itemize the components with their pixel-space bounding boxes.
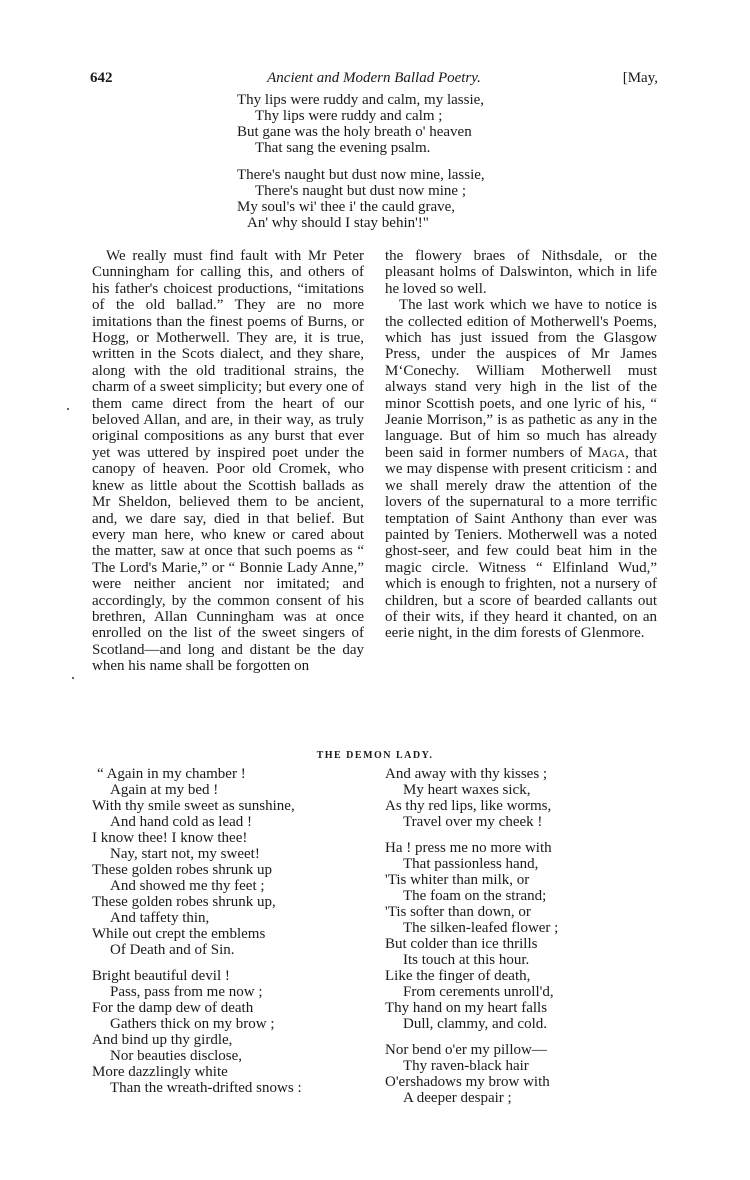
poem-stanza: Nor bend o'er my pillow— Thy raven-black…: [385, 1042, 558, 1106]
poem-line: And away with thy kisses ;: [385, 766, 558, 782]
poem-stanza: Bright beautiful devil ! Pass, pass from…: [92, 968, 302, 1096]
paragraph: The last work which we have to notice is…: [385, 297, 657, 642]
poem-line: There's naught but dust now mine, lassie…: [237, 167, 485, 183]
poem-line: But colder than ice thrills: [385, 936, 558, 952]
poem-line: Like the finger of death,: [385, 968, 558, 984]
poem-line: With thy smile sweet as sunshine,: [92, 798, 302, 814]
paragraph-text: that we may dispense with present critic…: [385, 445, 657, 641]
poem-line: 'Tis softer than down, or: [385, 904, 558, 920]
poem-line: As thy red lips, like worms,: [385, 798, 558, 814]
poem-stanza: Ha ! press me no more with That passionl…: [385, 840, 558, 1032]
poem-line: An' why should I stay behin'!": [237, 215, 485, 231]
poem-stanza: “ Again in my chamber ! Again at my bed …: [92, 766, 302, 958]
poem-line: Pass, pass from me now ;: [92, 984, 302, 1000]
poem-line: That sang the evening psalm.: [237, 140, 485, 156]
poem-line: And showed me thy feet ;: [92, 878, 302, 894]
poem-line: Bright beautiful devil !: [92, 968, 302, 984]
poem-line: Travel over my cheek !: [385, 814, 558, 830]
poem-line: That passionless hand,: [385, 856, 558, 872]
poem-line: For the damp dew of death: [92, 1000, 302, 1016]
book-page: Ancient and Modern Ballad Poetry. 642 [M…: [0, 0, 750, 1180]
poem-line: While out crept the emblems: [92, 926, 302, 942]
poem-line: Nay, start not, my sweet!: [92, 846, 302, 862]
poem-title: THE DEMON LADY.: [0, 750, 750, 761]
magazine-name: Maga,: [588, 445, 629, 461]
poem-line: More dazzlingly white: [92, 1064, 302, 1080]
left-column: We really must find fault with Mr Peter …: [92, 248, 364, 675]
poem-line: My soul's wi' thee i' the cauld grave,: [237, 199, 485, 215]
poem-line: Its touch at this hour.: [385, 952, 558, 968]
poem-line: Gathers thick on my brow ;: [92, 1016, 302, 1032]
demon-lady-right: And away with thy kisses ; My heart waxe…: [385, 766, 558, 1116]
poem-line: I know thee! I know thee!: [92, 830, 302, 846]
poem-line: And taffety thin,: [92, 910, 302, 926]
paragraph: the flowery braes of Nithsdale, or the p…: [385, 248, 657, 297]
paragraph: We really must find fault with Mr Peter …: [92, 248, 364, 675]
poem-line: Thy lips were ruddy and calm, my lassie,: [237, 92, 485, 108]
poem-line: My heart waxes sick,: [385, 782, 558, 798]
poem-line: “ Again in my chamber !: [92, 766, 302, 782]
running-title: Ancient and Modern Ballad Poetry.: [90, 70, 658, 87]
poem-line: A deeper despair ;: [385, 1090, 558, 1106]
poem-stanza: And away with thy kisses ; My heart waxe…: [385, 766, 558, 830]
poem-line: Dull, clammy, and cold.: [385, 1016, 558, 1032]
issue-month: [May,: [623, 70, 658, 87]
poem-line: O'ershadows my brow with: [385, 1074, 558, 1090]
paragraph-text: The last work which we have to notice is…: [385, 297, 657, 461]
poem-line: Thy lips were ruddy and calm ;: [237, 108, 485, 124]
quoted-poem: Thy lips were ruddy and calm, my lassie,…: [237, 92, 485, 242]
poem-line: These golden robes shrunk up: [92, 862, 302, 878]
margin-mark: [72, 677, 74, 679]
poem-line: And bind up thy girdle,: [92, 1032, 302, 1048]
poem-line: Nor bend o'er my pillow—: [385, 1042, 558, 1058]
poem-line: The silken-leafed flower ;: [385, 920, 558, 936]
poem-line: 'Tis whiter than milk, or: [385, 872, 558, 888]
page-number: 642: [90, 70, 113, 87]
poem-line: Of Death and of Sin.: [92, 942, 302, 958]
poem-stanza: There's naught but dust now mine, lassie…: [237, 167, 485, 231]
poem-line: These golden robes shrunk up,: [92, 894, 302, 910]
poem-line: Thy raven-black hair: [385, 1058, 558, 1074]
running-header: Ancient and Modern Ballad Poetry. 642 [M…: [90, 70, 658, 90]
poem-line: And hand cold as lead !: [92, 814, 302, 830]
poem-line: But gane was the holy breath o' heaven: [237, 124, 485, 140]
poem-line: From cerements unroll'd,: [385, 984, 558, 1000]
demon-lady-left: “ Again in my chamber ! Again at my bed …: [92, 766, 302, 1106]
right-column: the flowery braes of Nithsdale, or the p…: [385, 248, 657, 642]
poem-line: Than the wreath-drifted snows :: [92, 1080, 302, 1096]
margin-mark: [67, 408, 69, 410]
poem-line: Again at my bed !: [92, 782, 302, 798]
poem-line: There's naught but dust now mine ;: [237, 183, 485, 199]
poem-line: Thy hand on my heart falls: [385, 1000, 558, 1016]
poem-line: Nor beauties disclose,: [92, 1048, 302, 1064]
poem-line: Ha ! press me no more with: [385, 840, 558, 856]
poem-line: The foam on the strand;: [385, 888, 558, 904]
poem-stanza: Thy lips were ruddy and calm, my lassie,…: [237, 92, 485, 156]
